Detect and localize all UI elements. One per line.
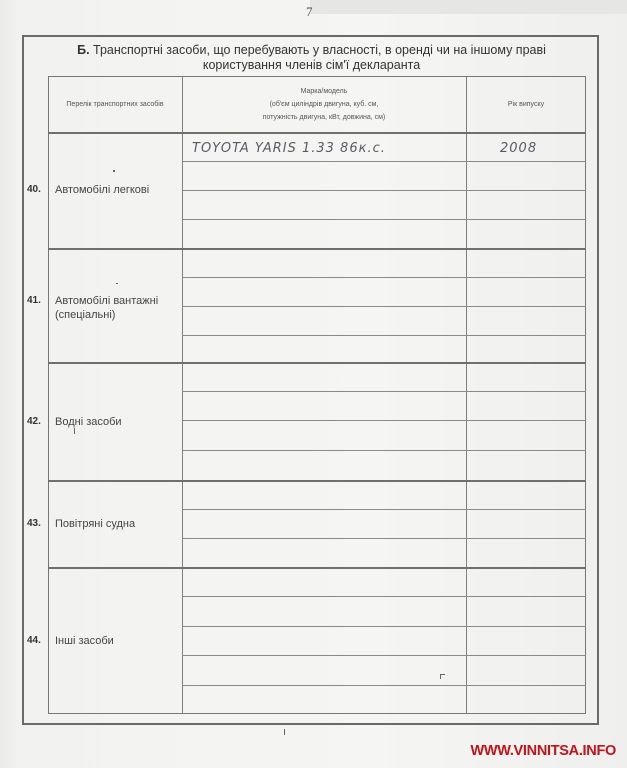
header-year: Рік випуску [466,76,586,132]
row-line [182,306,586,307]
column-divider-type [182,76,183,714]
section-letter: Б. [77,43,89,57]
section-label-aircraft: Повітряні судна [55,517,135,531]
row-line [182,420,586,421]
section-number-42: 42. [27,416,41,427]
section-label-trucks: Автомобілі вантажні (спеціальні) [55,294,175,322]
section-label-cars: Автомобілі легкові [55,183,149,197]
column-divider-year [466,76,467,714]
section-title-line1: Транспортні засоби, що перебувають у вла… [90,43,546,57]
row-line [182,509,586,510]
section-divider [48,480,586,482]
row-line [182,219,586,220]
handwritten-model-entry: TOYOTA YARIS 1.33 86к.с. [192,141,462,156]
section-title-line2: користування членів сім'ї декларанта [203,58,420,72]
row-line [182,685,586,686]
header-vehicle-type: Перелік транспортних засобів [48,76,182,132]
section-number-43: 43. [27,518,41,529]
scan-edge [310,0,627,14]
row-line [182,391,586,392]
scan-speck [440,674,441,679]
vehicles-table [48,76,586,714]
watermark: WWW.VINNITSA.INFO [470,743,616,759]
row-line [182,538,586,539]
section-label-watercraft: Водні засоби [55,415,122,429]
section-title: Б. Транспортні засоби, що перебувають у … [22,43,601,73]
row-line [182,655,586,656]
section-label-other: Інші засоби [55,634,114,648]
header-model-line2: (об'єм циліндрів двигуна, куб. см, [270,98,379,111]
header-model: Марка/модель (об'єм циліндрів двигуна, к… [182,76,466,132]
section-number-44: 44. [27,635,41,646]
section-divider [48,362,586,364]
scan-speck [284,729,285,735]
scan-speck [74,428,75,434]
handwritten-year-entry: 2008 [500,141,537,156]
row-line [182,626,586,627]
row-line [182,450,586,451]
section-divider [48,567,586,569]
section-number-41: 41. [27,295,41,306]
scan-speck [113,170,115,172]
row-line [182,277,586,278]
row-line [182,596,586,597]
page-number: 7 [306,4,313,20]
row-line [182,161,586,162]
header-model-line1: Марка/модель [301,85,348,98]
row-line [182,190,586,191]
header-divider [48,132,586,134]
section-number-40: 40. [27,184,41,195]
header-model-line3: потужність двигуна, кВт, довжина, см) [263,111,386,124]
scan-speck [116,283,118,284]
section-divider [48,248,586,250]
row-line [182,335,586,336]
